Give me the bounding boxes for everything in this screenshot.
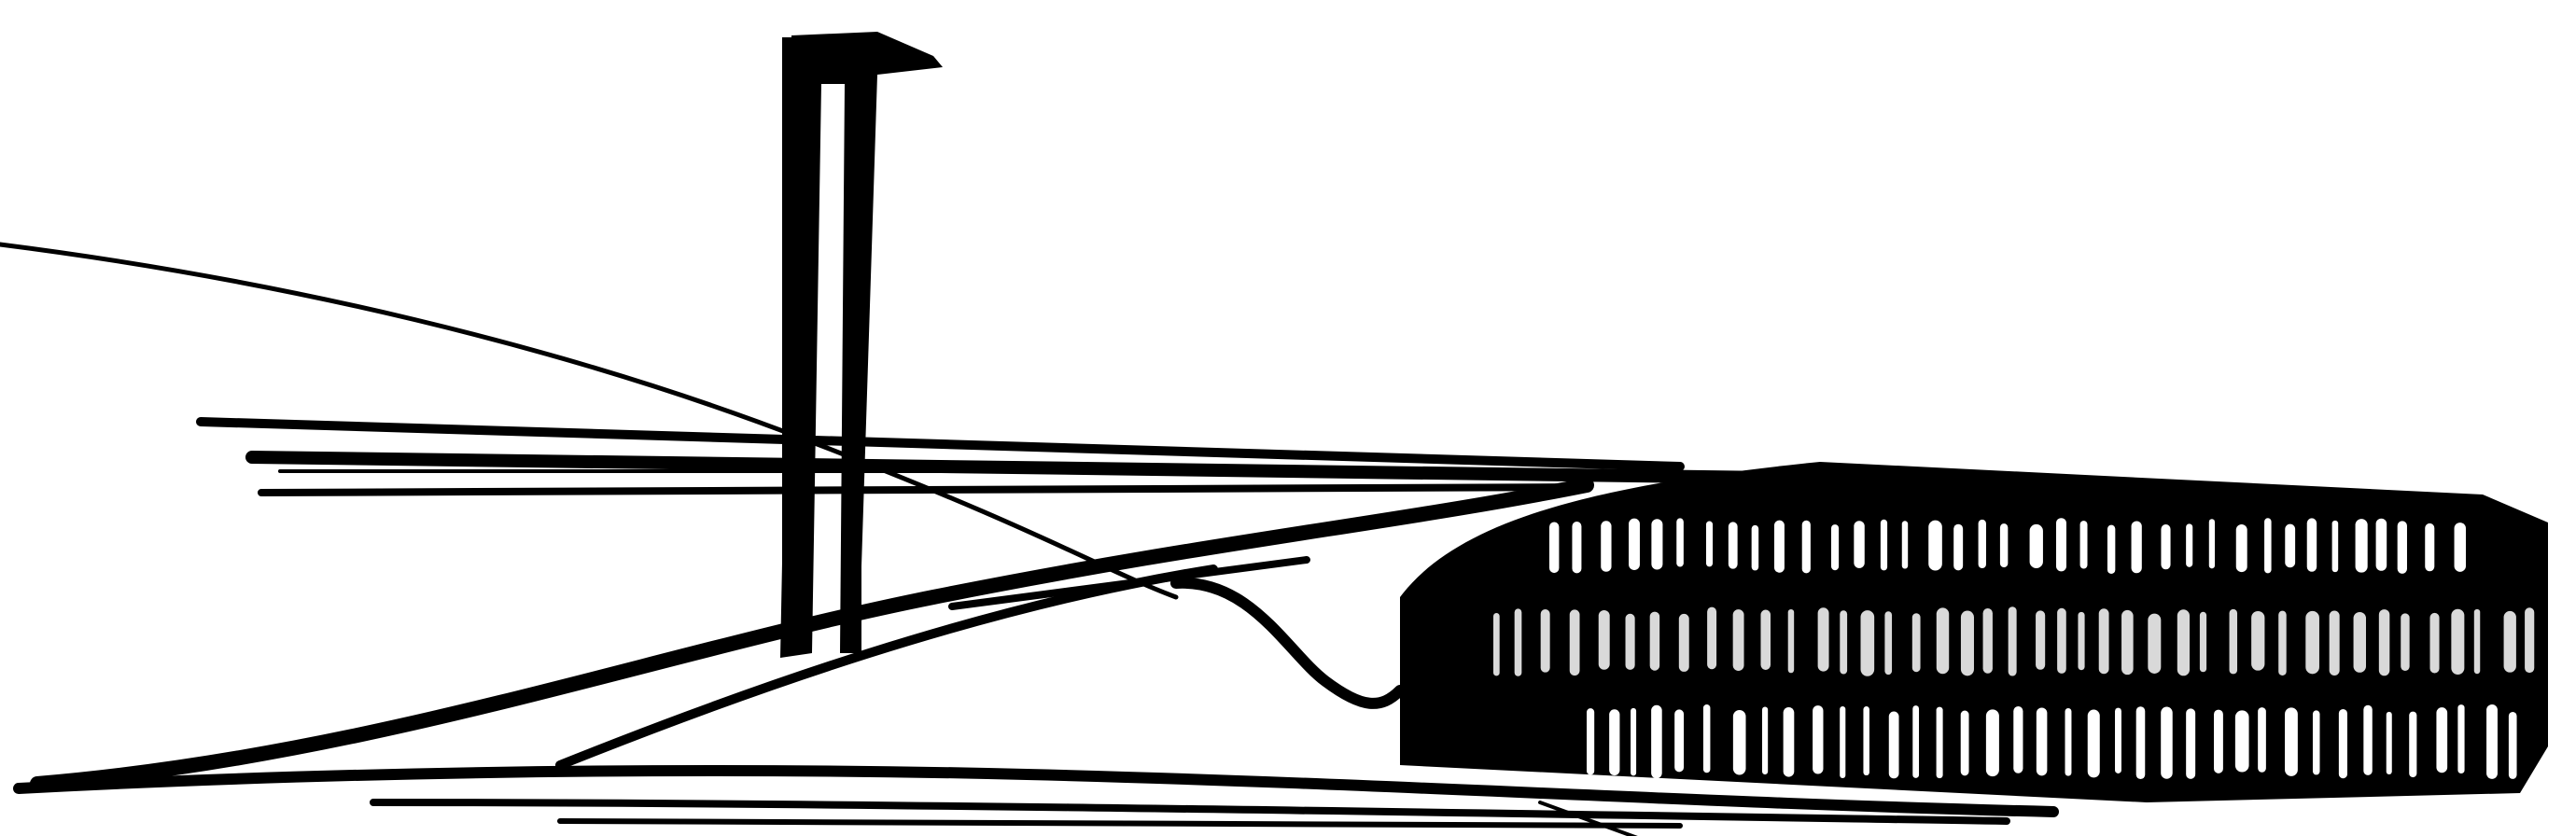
architectural-sketch xyxy=(0,0,2576,836)
curved-building xyxy=(1400,462,2548,802)
